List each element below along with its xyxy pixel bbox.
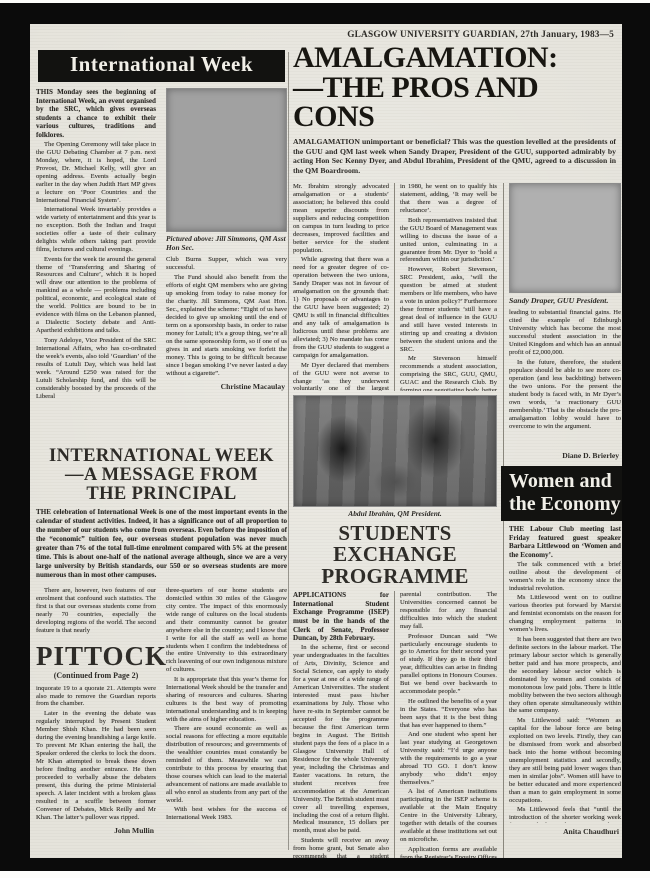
amalgamation-col3-text: leading to substantial financial gains. … (509, 309, 621, 447)
article-paragraph: in 1980, he went on to qualify his state… (400, 183, 497, 215)
amalgamation-col3: Sandy Draper, GUU President. leading to … (503, 183, 621, 858)
byline-christine-macaulay: Christine Macaulay (166, 382, 285, 391)
article-paragraph: While agreeing that there was a need for… (293, 256, 389, 360)
right-section: GLASGOW UNIVERSITY GUARDIAN, 27th Januar… (293, 30, 616, 852)
principal-intro-paragraph: THE celebration of International Week is… (36, 508, 287, 580)
amalgamation-col2: in 1980, he went on to qualify his state… (394, 183, 497, 391)
scan-black-border: International Week THIS Monday sees the … (0, 3, 650, 871)
exchange-col1: APPLICATIONS for International Student E… (293, 591, 389, 858)
article-paragraph: THE Labour Club meeting last Friday feat… (509, 525, 621, 559)
exchange-col2: parental contribution. The Universities … (394, 591, 497, 858)
photo-caption: Sandy Draper, GUU President. (509, 296, 621, 305)
article-paragraph: International Week invariably provides a… (36, 206, 156, 254)
article-paragraph: The talk commenced with a brief outline … (509, 561, 621, 593)
article-paragraph: three-quarters of our home students are … (166, 587, 287, 675)
article-paragraph: In the scheme, first or second year unde… (293, 644, 389, 835)
principal-headline: INTERNATIONAL WEEK —A MESSAGE FROM THE P… (36, 447, 287, 504)
amalgamation-lead: AMALGAMATION unimportant or beneficial? … (293, 137, 616, 176)
women-economy-article: THE Labour Club meeting last Friday feat… (509, 525, 621, 823)
pittock-headline: PITTOCK (36, 643, 156, 670)
photo-caption: Abdul Ibrahim, QM President. (293, 510, 497, 519)
principal-columns: There are, however, two features of our … (36, 587, 287, 858)
article-paragraph: The Fund should also benefit from the ef… (166, 274, 287, 378)
international-week-banner: International Week (38, 50, 285, 82)
article-paragraph: Students will receive an away from home … (293, 837, 389, 858)
main-column-rule (288, 52, 289, 850)
amalgamation-headline: AMALGAMATION: —THE PROS AND CONS (293, 43, 616, 132)
pittock-subhead: (Continued from Page 2) (36, 671, 156, 680)
international-week-col1: THIS Monday sees the beginning of Intern… (36, 88, 156, 440)
amalgamation-headline-line1: AMALGAMATION: (293, 43, 616, 73)
principal-col1: There are, however, two features of our … (36, 587, 156, 858)
article-paragraph: A list of American institutions particip… (400, 788, 497, 844)
amalgamation-headline-line2: —THE PROS AND CONS (293, 73, 616, 132)
article-paragraph: In the future, therefore, the student po… (509, 359, 621, 431)
masthead: GLASGOW UNIVERSITY GUARDIAN, 27th Januar… (293, 30, 616, 40)
photo-caption: Pictured above: Jill Simmons, QM Asst Ho… (166, 235, 287, 252)
international-week-article: THIS Monday sees the beginning of Intern… (36, 88, 287, 440)
article-paragraph: Application forms are available from the… (400, 846, 497, 858)
article-paragraph: leading to substantial financial gains. … (509, 309, 621, 357)
article-paragraph: Club Burns Supper, which was very succes… (166, 256, 287, 272)
article-paragraph: It has been suggested that there are two… (509, 636, 621, 716)
principal-headline-line1: INTERNATIONAL WEEK (36, 447, 287, 466)
exchange-headline: STUDENTS EXCHANGE PROGRAMME (293, 523, 497, 587)
byline-anita-chaudhuri: Anita Chaudhuri (509, 827, 619, 836)
article-paragraph: There are sound economic as well as soci… (166, 725, 287, 805)
left-section: International Week THIS Monday sees the … (36, 50, 287, 852)
article-paragraph: Ms Littlewood feels that “until the intr… (509, 806, 621, 823)
jill-simmons-photo (166, 88, 287, 232)
article-paragraph: Tony Adeloye, Vice President of the SRC … (36, 337, 156, 401)
article-paragraph: Ms Littlewood said: “Women as capital fo… (509, 717, 621, 805)
article-paragraph: Mr Dyer declared that members of the GUU… (293, 362, 389, 392)
scanned-newspaper-page: International Week THIS Monday sees the … (0, 0, 650, 878)
article-paragraph: The Opening Ceremony will take place in … (36, 141, 156, 205)
exchange-headline-line2: PROGRAMME (293, 566, 497, 587)
amalgamation-left-columns: Mr. Ibrahim strongly advocated amalgamat… (293, 183, 497, 858)
article-paragraph: Mr. Ibrahim strongly advocated amalgamat… (293, 183, 389, 255)
international-week-col2: Pictured above: Jill Simmons, QM Asst Ho… (166, 88, 287, 440)
principal-headline-line3: THE PRINCIPAL (36, 485, 287, 504)
principal-headline-line2: —A MESSAGE FROM (36, 466, 287, 485)
women-economy-banner-line2: the Economy (509, 493, 622, 515)
article-paragraph: However, Robert Stevenson, SRC President… (400, 266, 497, 354)
article-paragraph: inquorate 19 to a quorate 21. Attempts w… (36, 685, 156, 709)
abdul-ibrahim-photo (293, 395, 497, 507)
article-paragraph: He outlined the benefits of a year in th… (400, 698, 497, 730)
newspaper-page: International Week THIS Monday sees the … (30, 24, 622, 858)
amalgamation-columns-1-2: Mr. Ibrahim strongly advocated amalgamat… (293, 183, 497, 391)
article-paragraph: Professor Duncan said “We particularly e… (400, 633, 497, 697)
principal-message-article: INTERNATIONAL WEEK —A MESSAGE FROM THE P… (36, 447, 287, 858)
principal-col2: three-quarters of our home students are … (166, 587, 287, 858)
article-paragraph: Events for the week tie around the gener… (36, 256, 156, 336)
exchange-article: APPLICATIONS for International Student E… (293, 591, 497, 858)
sandy-draper-photo (509, 183, 621, 293)
article-paragraph: parental contribution. The Universities … (400, 591, 497, 631)
international-week-banner-text: International Week (70, 52, 253, 76)
women-economy-banner-line1: Women and (509, 470, 622, 492)
article-paragraph: It is appropriate that this year’s theme… (166, 676, 287, 724)
article-paragraph: Ms Littlewood went on to outline various… (509, 594, 621, 634)
byline-diane-brierley: Diane D. Brierley (509, 451, 619, 460)
article-paragraph: Both representatives insisted that the G… (400, 217, 497, 265)
article-paragraph: THIS Monday sees the beginning of Intern… (36, 88, 156, 139)
article-paragraph: With best wishes for the success of Inte… (166, 806, 287, 822)
article-paragraph: And one student who spent her last year … (400, 731, 497, 787)
women-economy-banner: Women and the Economy (501, 466, 622, 521)
article-paragraph: Mr Stevenson himself recommends a studen… (400, 355, 497, 391)
byline-john-mullin: John Mullin (36, 826, 154, 835)
article-paragraph: Later in the evening the debate was regu… (36, 710, 156, 822)
article-paragraph: There are, however, two features of our … (36, 587, 156, 635)
article-paragraph: APPLICATIONS for International Student E… (293, 591, 389, 642)
amalgamation-col1: Mr. Ibrahim strongly advocated amalgamat… (293, 183, 389, 391)
amalgamation-body: Mr. Ibrahim strongly advocated amalgamat… (293, 183, 616, 858)
exchange-headline-line1: STUDENTS EXCHANGE (293, 523, 497, 566)
